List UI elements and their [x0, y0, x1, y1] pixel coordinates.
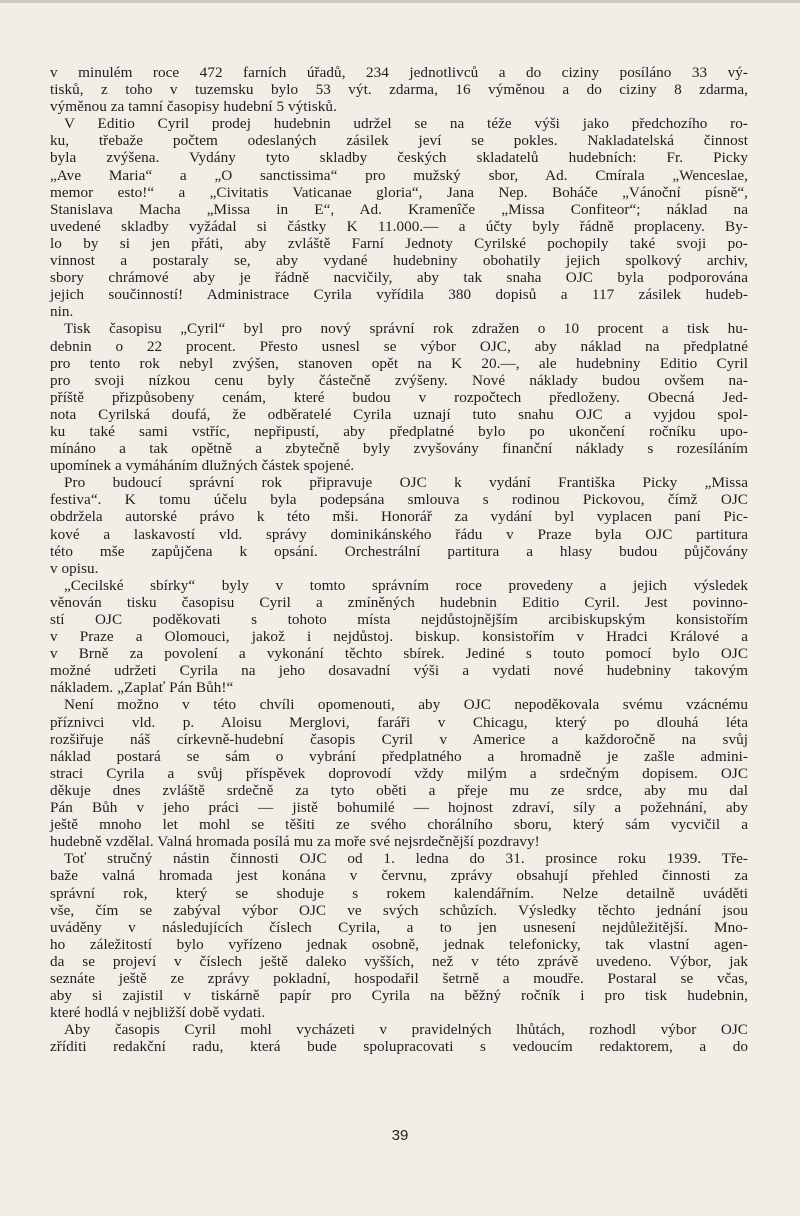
text-line: debnin o 22 procent. Přesto usnesl se vý… — [50, 338, 748, 355]
text-line: děkuje dnes zvláště srdečně za tyto obět… — [50, 782, 748, 799]
paragraph: Tisk časopisu „Cyril“ byl pro nový správ… — [50, 320, 748, 474]
text-line: zříditi redakční radu, která bude spolup… — [50, 1038, 748, 1055]
text-line: ještě mnoho let mohl se těšiti ze svého … — [50, 816, 748, 833]
text-line: „Ave Maria“ a „O sanctissima“ pro mužský… — [50, 167, 748, 184]
text-line: straci Cyrila a svůj příspěvek doprovodí… — [50, 765, 748, 782]
text-line: Pán Bůh v jeho práci — jistě bohumilé — … — [50, 799, 748, 816]
text-line: vinnost a postaraly se, aby vydané hudeb… — [50, 252, 748, 269]
text-line: aby si zajistil v tiskárně papír pro Cyr… — [50, 987, 748, 1004]
text-line: memor esto!“ a „Civitatis Vaticanae glor… — [50, 184, 748, 201]
text-line: pro tento rok nebyl zvýšen, stanoven opě… — [50, 355, 748, 372]
text-line: Aby časopis Cyril mohl vycházeti v pravi… — [50, 1021, 748, 1038]
text-line: pro svoji nízkou cenu byly částečně zvýš… — [50, 372, 748, 389]
text-line: příště přizpůsobeny cenám, které budou v… — [50, 389, 748, 406]
text-line: Není možno v této chvíli opomenouti, aby… — [50, 696, 748, 713]
paragraph: Pro budoucí správní rok připravuje OJC k… — [50, 474, 748, 577]
text-line: uvedené skladby vyžádal si částky K 11.0… — [50, 218, 748, 235]
text-line: rozšiřuje náš církevně-hudební časopis C… — [50, 731, 748, 748]
paragraph: Toť stručný nástin činnosti OJC od 1. le… — [50, 850, 748, 1021]
text-line: ku také sami vstříc, nepřipustí, aby pře… — [50, 423, 748, 440]
text-line: V Editio Cyril prodej hudebnin udržel se… — [50, 115, 748, 132]
text-line: věnován tisku časopisu Cyril a zmíněných… — [50, 594, 748, 611]
text-line: ku, třebaže počtem odeslaných zásilek je… — [50, 132, 748, 149]
text-line: výměnou za tamní časopisy hudební 5 výti… — [50, 98, 748, 115]
paragraph: v minulém roce 472 farních úřadů, 234 je… — [50, 64, 748, 115]
text-line: „Cecilské sbírky“ byly v tomto správním … — [50, 577, 748, 594]
text-line: vše, čím se zabýval výbor OJC ve svých s… — [50, 902, 748, 919]
paragraph: Aby časopis Cyril mohl vycházeti v pravi… — [50, 1021, 748, 1055]
text-line: v opisu. — [50, 560, 748, 577]
document-body: v minulém roce 472 farních úřadů, 234 je… — [50, 64, 748, 1055]
text-line: seznáte ještě ze zprávy pokladní, hospod… — [50, 970, 748, 987]
text-line: možné udržeti Cyrila na jeho dosavadní v… — [50, 662, 748, 679]
text-line: uváděny v následujících číslech Cyrila, … — [50, 919, 748, 936]
text-line: baže valná hromada jest konána v červnu,… — [50, 867, 748, 884]
text-line: Toť stručný nástin činnosti OJC od 1. le… — [50, 850, 748, 867]
page-number: 39 — [0, 1127, 800, 1144]
text-line: v Praze a Olomouci, jakož i nejdůstoj. b… — [50, 628, 748, 645]
text-line: příznivci vld. p. Aloisu Merglovi, farář… — [50, 714, 748, 731]
paragraph: V Editio Cyril prodej hudebnin udržel se… — [50, 115, 748, 320]
text-line: nota Cyrilská doufá, že odběratelé Cyril… — [50, 406, 748, 423]
scan-top-edge — [0, 0, 800, 3]
text-line: da se projeví v číslech ještě daleko vyš… — [50, 953, 748, 970]
text-line: stí OJC poděkovati s tohoto místa nejdůs… — [50, 611, 748, 628]
text-line: Pro budoucí správní rok připravuje OJC k… — [50, 474, 748, 491]
text-line: v Brně za povolení a vykonání těchto sbí… — [50, 645, 748, 662]
text-line: ho záležitostí bylo vyřízeno jednak osob… — [50, 936, 748, 953]
paragraph: „Cecilské sbírky“ byly v tomto správním … — [50, 577, 748, 697]
text-line: tisků, z toho v tuzemsku bylo 53 výt. zd… — [50, 81, 748, 98]
text-line: Stanislava Macha „Missa in E“, Ad. Krame… — [50, 201, 748, 218]
text-line: mínáno a tak opětně a zbytečně byly zvyš… — [50, 440, 748, 457]
text-line: v minulém roce 472 farních úřadů, 234 je… — [50, 64, 748, 81]
text-line: této mše zapůjčena k opsání. Orchestráln… — [50, 543, 748, 560]
text-line: byla zvýšena. Vydány tyto skladby českýc… — [50, 149, 748, 166]
text-line: kové a laskavostí vld. správy dominikáns… — [50, 526, 748, 543]
text-line: hudebně vzdělal. Valná hromada posílá mu… — [50, 833, 748, 850]
text-line: festiva“. K tomu účelu byla podepsána sm… — [50, 491, 748, 508]
text-line: které hodlá v nejbližší době vydati. — [50, 1004, 748, 1021]
text-line: lo by si jen přáti, aby zvláště Farní Je… — [50, 235, 748, 252]
text-line: správní rok, který se shoduje s rokem ka… — [50, 885, 748, 902]
text-line: obdržela autorské právo k této mši. Hono… — [50, 508, 748, 525]
text-line: nin. — [50, 303, 748, 320]
text-line: Tisk časopisu „Cyril“ byl pro nový správ… — [50, 320, 748, 337]
text-line: upomínek a vymáháním dlužných částek spo… — [50, 457, 748, 474]
text-line: sbory chrámové aby je řádně nacvičily, a… — [50, 269, 748, 286]
text-line: náklad postará se sám o vybrání předplat… — [50, 748, 748, 765]
paragraph: Není možno v této chvíli opomenouti, aby… — [50, 696, 748, 850]
text-line: nákladem. „Zaplať Pán Bůh!“ — [50, 679, 748, 696]
text-line: jejich součinností! Administrace Cyrila … — [50, 286, 748, 303]
